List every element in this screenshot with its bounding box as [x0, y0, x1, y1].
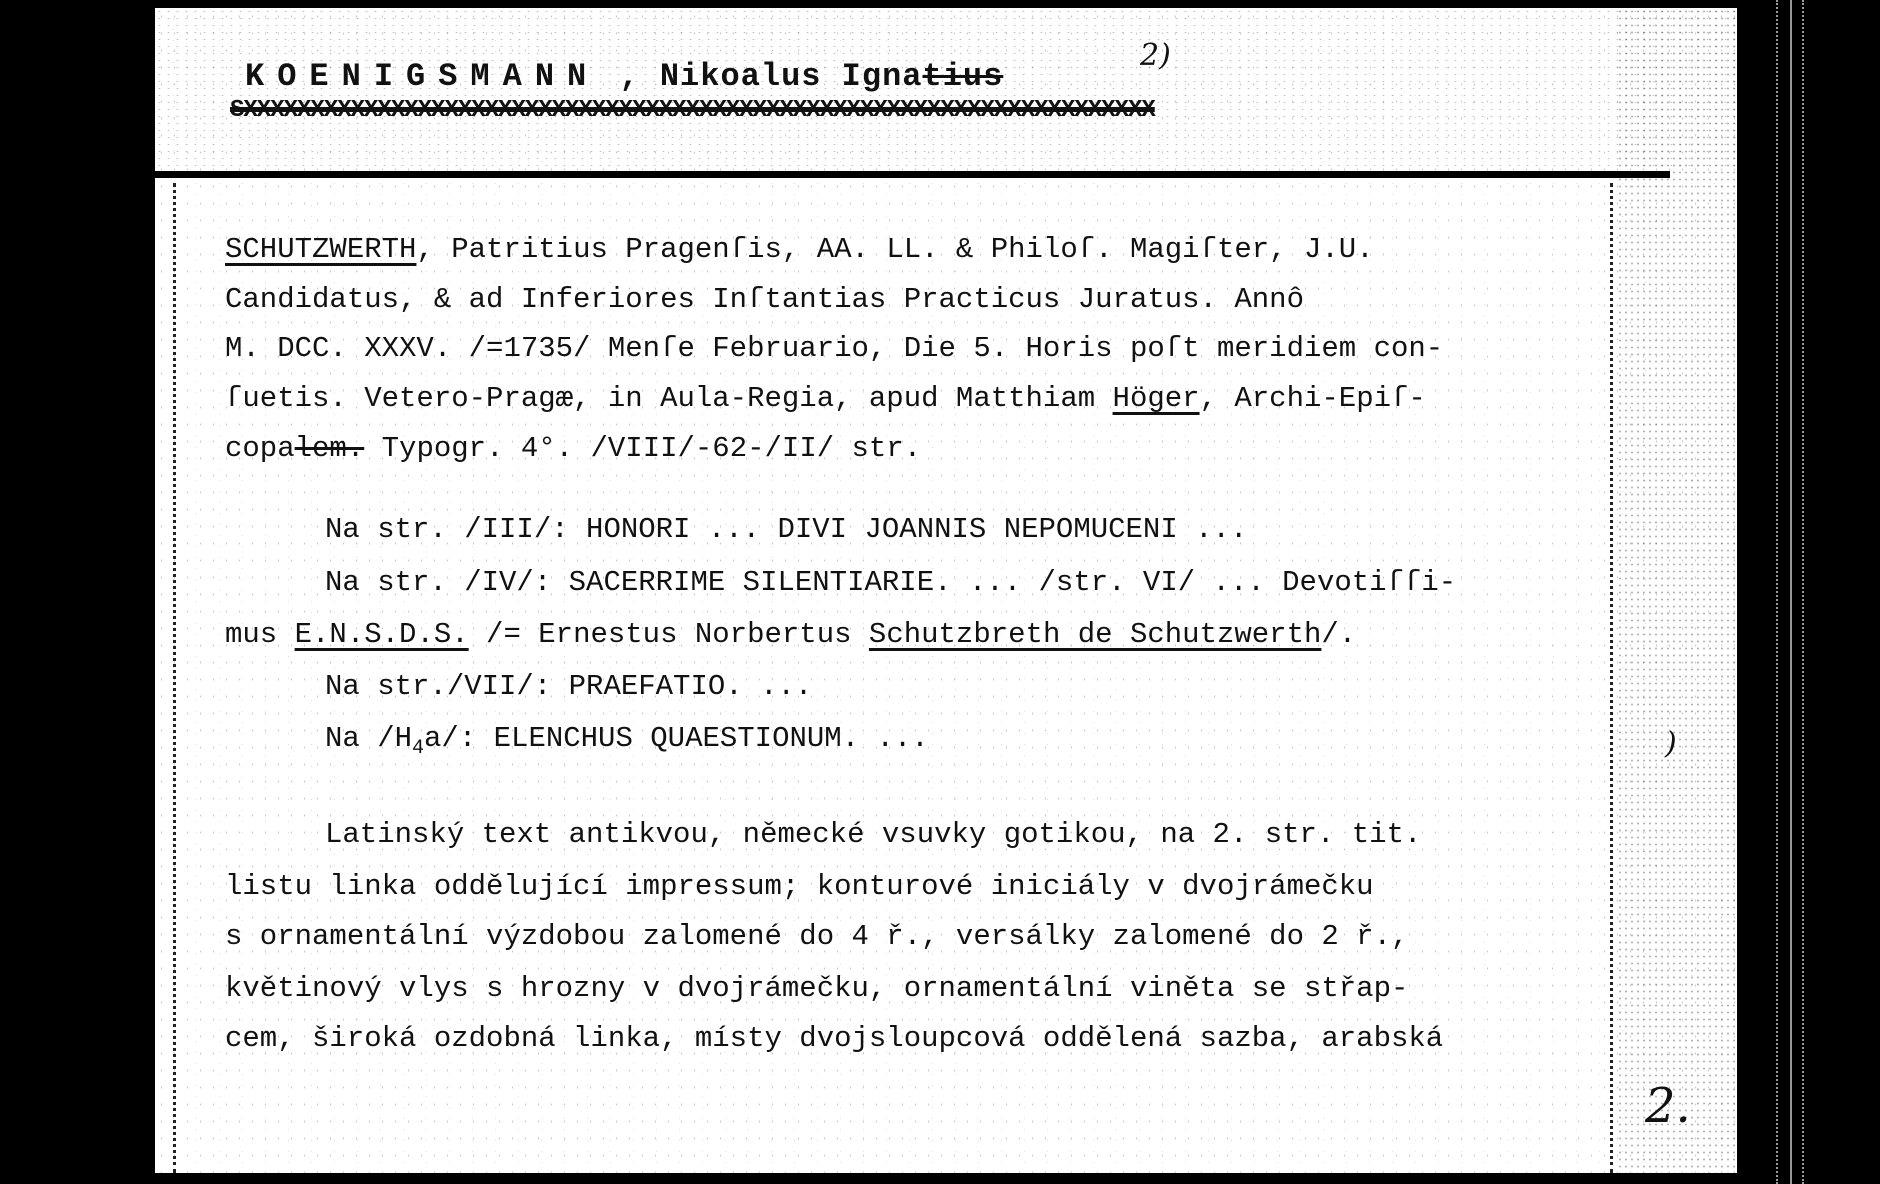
note-line-2: Na str. /IV/: SACERRIME SILENTIARIE. ...…: [325, 566, 1456, 600]
right-margin-line: [1610, 183, 1613, 1173]
description-line-2: listu linka oddělující impressum; kontur…: [225, 870, 1374, 904]
description-line-5: cem, široká ozdobná linka, místy dvojslo…: [225, 1022, 1443, 1056]
note-line-4: Na str./VII/: PRAEFATIO. ...: [325, 670, 812, 704]
handwritten-correction: 2): [1140, 38, 1171, 73]
title-line-4: ſuetis. Vetero-Pragæ, in Aula-Regia, apu…: [225, 382, 1426, 416]
struck-text: lem.: [295, 432, 365, 465]
description-line-3: s ornamentální výzdobou zalomené do 4 ř.…: [225, 920, 1408, 954]
subscript: 4: [412, 737, 424, 760]
header-rule: [155, 171, 1670, 178]
author-surname: SCHUTZWERTH: [225, 233, 416, 266]
note-line-5: Na /H4a/: ELENCHUS QUAESTIONUM. ...: [325, 722, 929, 766]
margin-bracket-mark: ): [1665, 726, 1677, 761]
heading-surname: KOENIGSMANN: [245, 58, 599, 95]
full-name: Schutzbreth de Schutzwerth: [869, 618, 1321, 651]
description-line-1: Latinský text antikvou, německé vsuvky g…: [325, 818, 1421, 852]
catalog-card: KOENIGSMANN , Nikoalus Ignatius 2) SXXXX…: [155, 8, 1737, 1173]
note-line-3: mus E.N.S.D.S. /= Ernestus Norbertus Sch…: [225, 618, 1356, 652]
heading-given-names: Nikoalus Igna: [660, 58, 923, 95]
title-line-1: SCHUTZWERTH, Patritius Pragenſis, AA. LL…: [225, 233, 1374, 267]
printer-name: Höger: [1113, 382, 1200, 415]
handwritten-page-number: 2.: [1645, 1078, 1691, 1134]
heading-separator: ,: [599, 58, 660, 95]
heading-struck-part: tius: [922, 58, 1003, 95]
title-line-2: Candidatus, & ad Inferiores Inſtantias P…: [225, 283, 1304, 317]
note-line-1: Na str. /III/: HONORI ... DIVI JOANNIS N…: [325, 513, 1247, 547]
scanner-edge-artifact: [1790, 0, 1812, 1184]
description-line-4: květinový vlys s hrozny v dvojrámečku, o…: [225, 972, 1408, 1006]
left-margin-line: [173, 183, 176, 1173]
card-heading: KOENIGSMANN , Nikoalus Ignatius: [245, 58, 1003, 95]
struck-out-line: SXXXXXXXXXXXXXXXXXXXXXXXXXXXXXXXXXXXXXXX…: [230, 98, 1230, 124]
initials: E.N.S.D.S.: [295, 618, 469, 651]
title-line-3: M. DCC. XXXV. /=1735/ Menſe Februario, D…: [225, 332, 1443, 366]
title-line-5: copalem. Typogr. 4°. /VIII/-62-/II/ str.: [225, 432, 921, 466]
